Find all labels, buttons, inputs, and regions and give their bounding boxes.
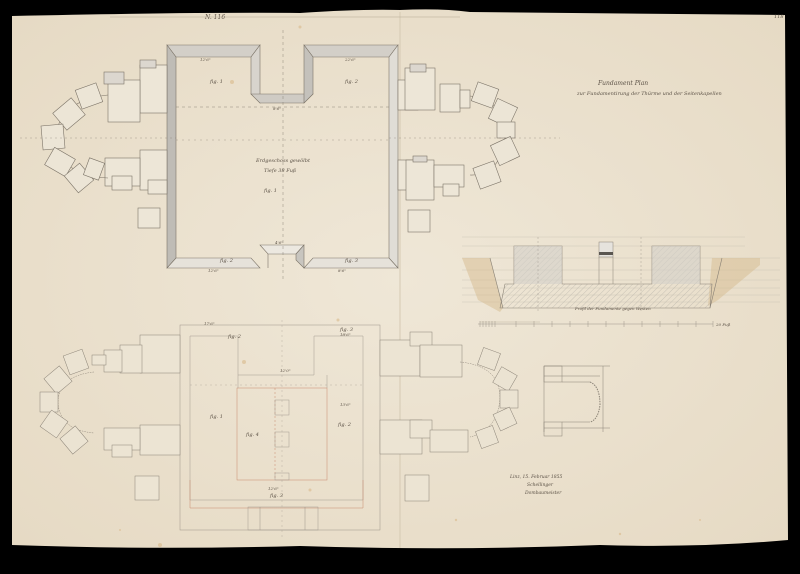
- svg-text:fig. 3: fig. 3: [269, 493, 283, 499]
- corner-number: 118: [774, 14, 784, 20]
- svg-text:fig. 2: fig. 2: [344, 79, 358, 85]
- svg-text:13'6": 13'6": [340, 402, 351, 407]
- svg-text:12'0": 12'0": [280, 368, 291, 373]
- svg-text:4'6": 4'6": [274, 240, 283, 245]
- svg-text:Linz, 15. Februar 1855: Linz, 15. Februar 1855: [509, 474, 562, 480]
- svg-text:12'6": 12'6": [268, 486, 279, 491]
- svg-text:8'6": 8'6": [338, 268, 346, 273]
- svg-text:8'6": 8'6": [273, 106, 281, 111]
- svg-text:Schellinger: Schellinger: [527, 482, 554, 488]
- title-line-2: zur Fundamentirung der Thürme und der Se…: [576, 91, 722, 97]
- section-caption: Profil der Fundamente gegen Westen: [574, 306, 651, 311]
- svg-text:12'6": 12'6": [200, 57, 211, 62]
- architectural-drawing-sheet: N. 116 118 Fundament Plan zur Fundamenti…: [0, 0, 800, 574]
- svg-text:Erdgeschoss gewölbt: Erdgeschoss gewölbt: [255, 158, 311, 164]
- svg-text:Tiefe 38 Fuß: Tiefe 38 Fuß: [264, 168, 296, 174]
- upper-wall-left-top: [167, 45, 260, 57]
- title-line-1: Fundament Plan: [597, 80, 648, 87]
- svg-text:fig. 3: fig. 3: [344, 258, 358, 264]
- svg-text:fig. 1: fig. 1: [209, 414, 223, 420]
- svg-text:22'6": 22'6": [344, 57, 356, 62]
- svg-text:fig. 1: fig. 1: [263, 188, 277, 194]
- svg-text:12'6": 12'6": [208, 268, 219, 273]
- svg-text:17'6": 17'6": [204, 321, 215, 326]
- svg-text:fig. 2: fig. 2: [219, 258, 233, 264]
- svg-text:fig. 2: fig. 2: [337, 422, 351, 428]
- svg-text:fig. 2: fig. 2: [227, 334, 241, 340]
- scale-label: 20 Fuß: [715, 322, 731, 327]
- top-label: N. 116: [204, 14, 225, 21]
- svg-text:fig. 4: fig. 4: [245, 432, 259, 438]
- svg-text:Dombaumeister: Dombaumeister: [524, 490, 562, 496]
- svg-text:18'6": 18'6": [340, 332, 351, 337]
- svg-text:fig. 1: fig. 1: [209, 79, 223, 85]
